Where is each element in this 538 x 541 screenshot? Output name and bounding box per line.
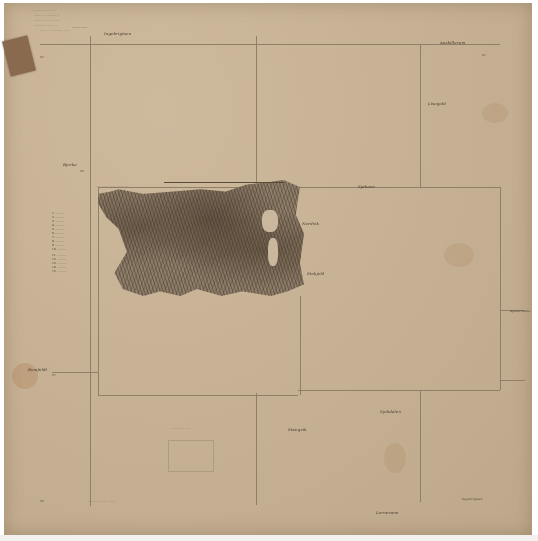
paper-stain <box>384 443 406 473</box>
header-note-line: ……… ……… …… <box>34 18 60 22</box>
lake <box>262 210 278 232</box>
place-label: Lisegold <box>428 101 446 106</box>
survey-frame-right <box>500 187 501 390</box>
bottom-left-caption: ……… ……… …… <box>88 499 115 503</box>
margin-number: 61 <box>482 53 486 57</box>
margin-number: 66 <box>40 499 44 503</box>
place-label: Sjukdalen <box>380 409 401 414</box>
survey-divider <box>300 296 301 395</box>
grid-line-center-bottom <box>256 393 257 505</box>
survey-frame-bottom-right <box>298 390 500 391</box>
place-label: Ingebrigtsen <box>462 497 483 501</box>
survey-frame-bottom-left <box>98 395 298 396</box>
survey-frame-left <box>98 187 99 395</box>
grid-line-left <box>90 36 91 506</box>
header-note-line: ……… … ……… <box>32 8 55 12</box>
place-label: Stangvik <box>288 427 307 432</box>
place-label: Nordvik <box>302 221 319 226</box>
scale-bar <box>164 182 284 183</box>
pencil-inset-frame <box>168 440 214 472</box>
relief-header: …… …… …… … … … <box>95 184 128 188</box>
paper-stain <box>482 103 508 123</box>
place-label: Lernevann <box>376 510 399 515</box>
legend-item: 15 ……… <box>52 269 66 273</box>
grid-line-center-top <box>256 36 257 184</box>
margin-number: 67 <box>52 373 56 377</box>
place-label: Stokjeld <box>307 271 324 276</box>
place-label: Bomfeldt <box>28 367 47 372</box>
grid-tick-left <box>52 372 98 373</box>
lake <box>268 238 278 266</box>
grid-line-top <box>40 44 500 45</box>
paper-stain <box>444 243 474 267</box>
grid-line-right-bottom <box>420 390 421 502</box>
header-note-line: ……… ………… … <box>34 13 60 17</box>
inset-title: …… …… … <box>172 426 190 430</box>
legend-item: 10 ……… <box>52 247 66 251</box>
place-label: Sjøhavn <box>358 184 375 189</box>
place-label: Ingebrigtsen <box>104 31 131 36</box>
place-label: Aaskillerum <box>440 40 465 45</box>
margin-number: 68 <box>80 169 84 173</box>
margin-number: 62 <box>40 55 44 59</box>
place-label: Bjerke <box>63 162 77 167</box>
grid-tick-right <box>500 380 525 381</box>
header-note-line: ………… … … … <box>34 23 58 27</box>
place-label: Gjellerupsbo <box>510 309 531 313</box>
scan-edge <box>0 535 538 541</box>
grid-line-right-top <box>420 44 421 187</box>
signature: ……… <box>72 25 87 29</box>
header-note-line: ……… ………… … … <box>40 28 70 32</box>
